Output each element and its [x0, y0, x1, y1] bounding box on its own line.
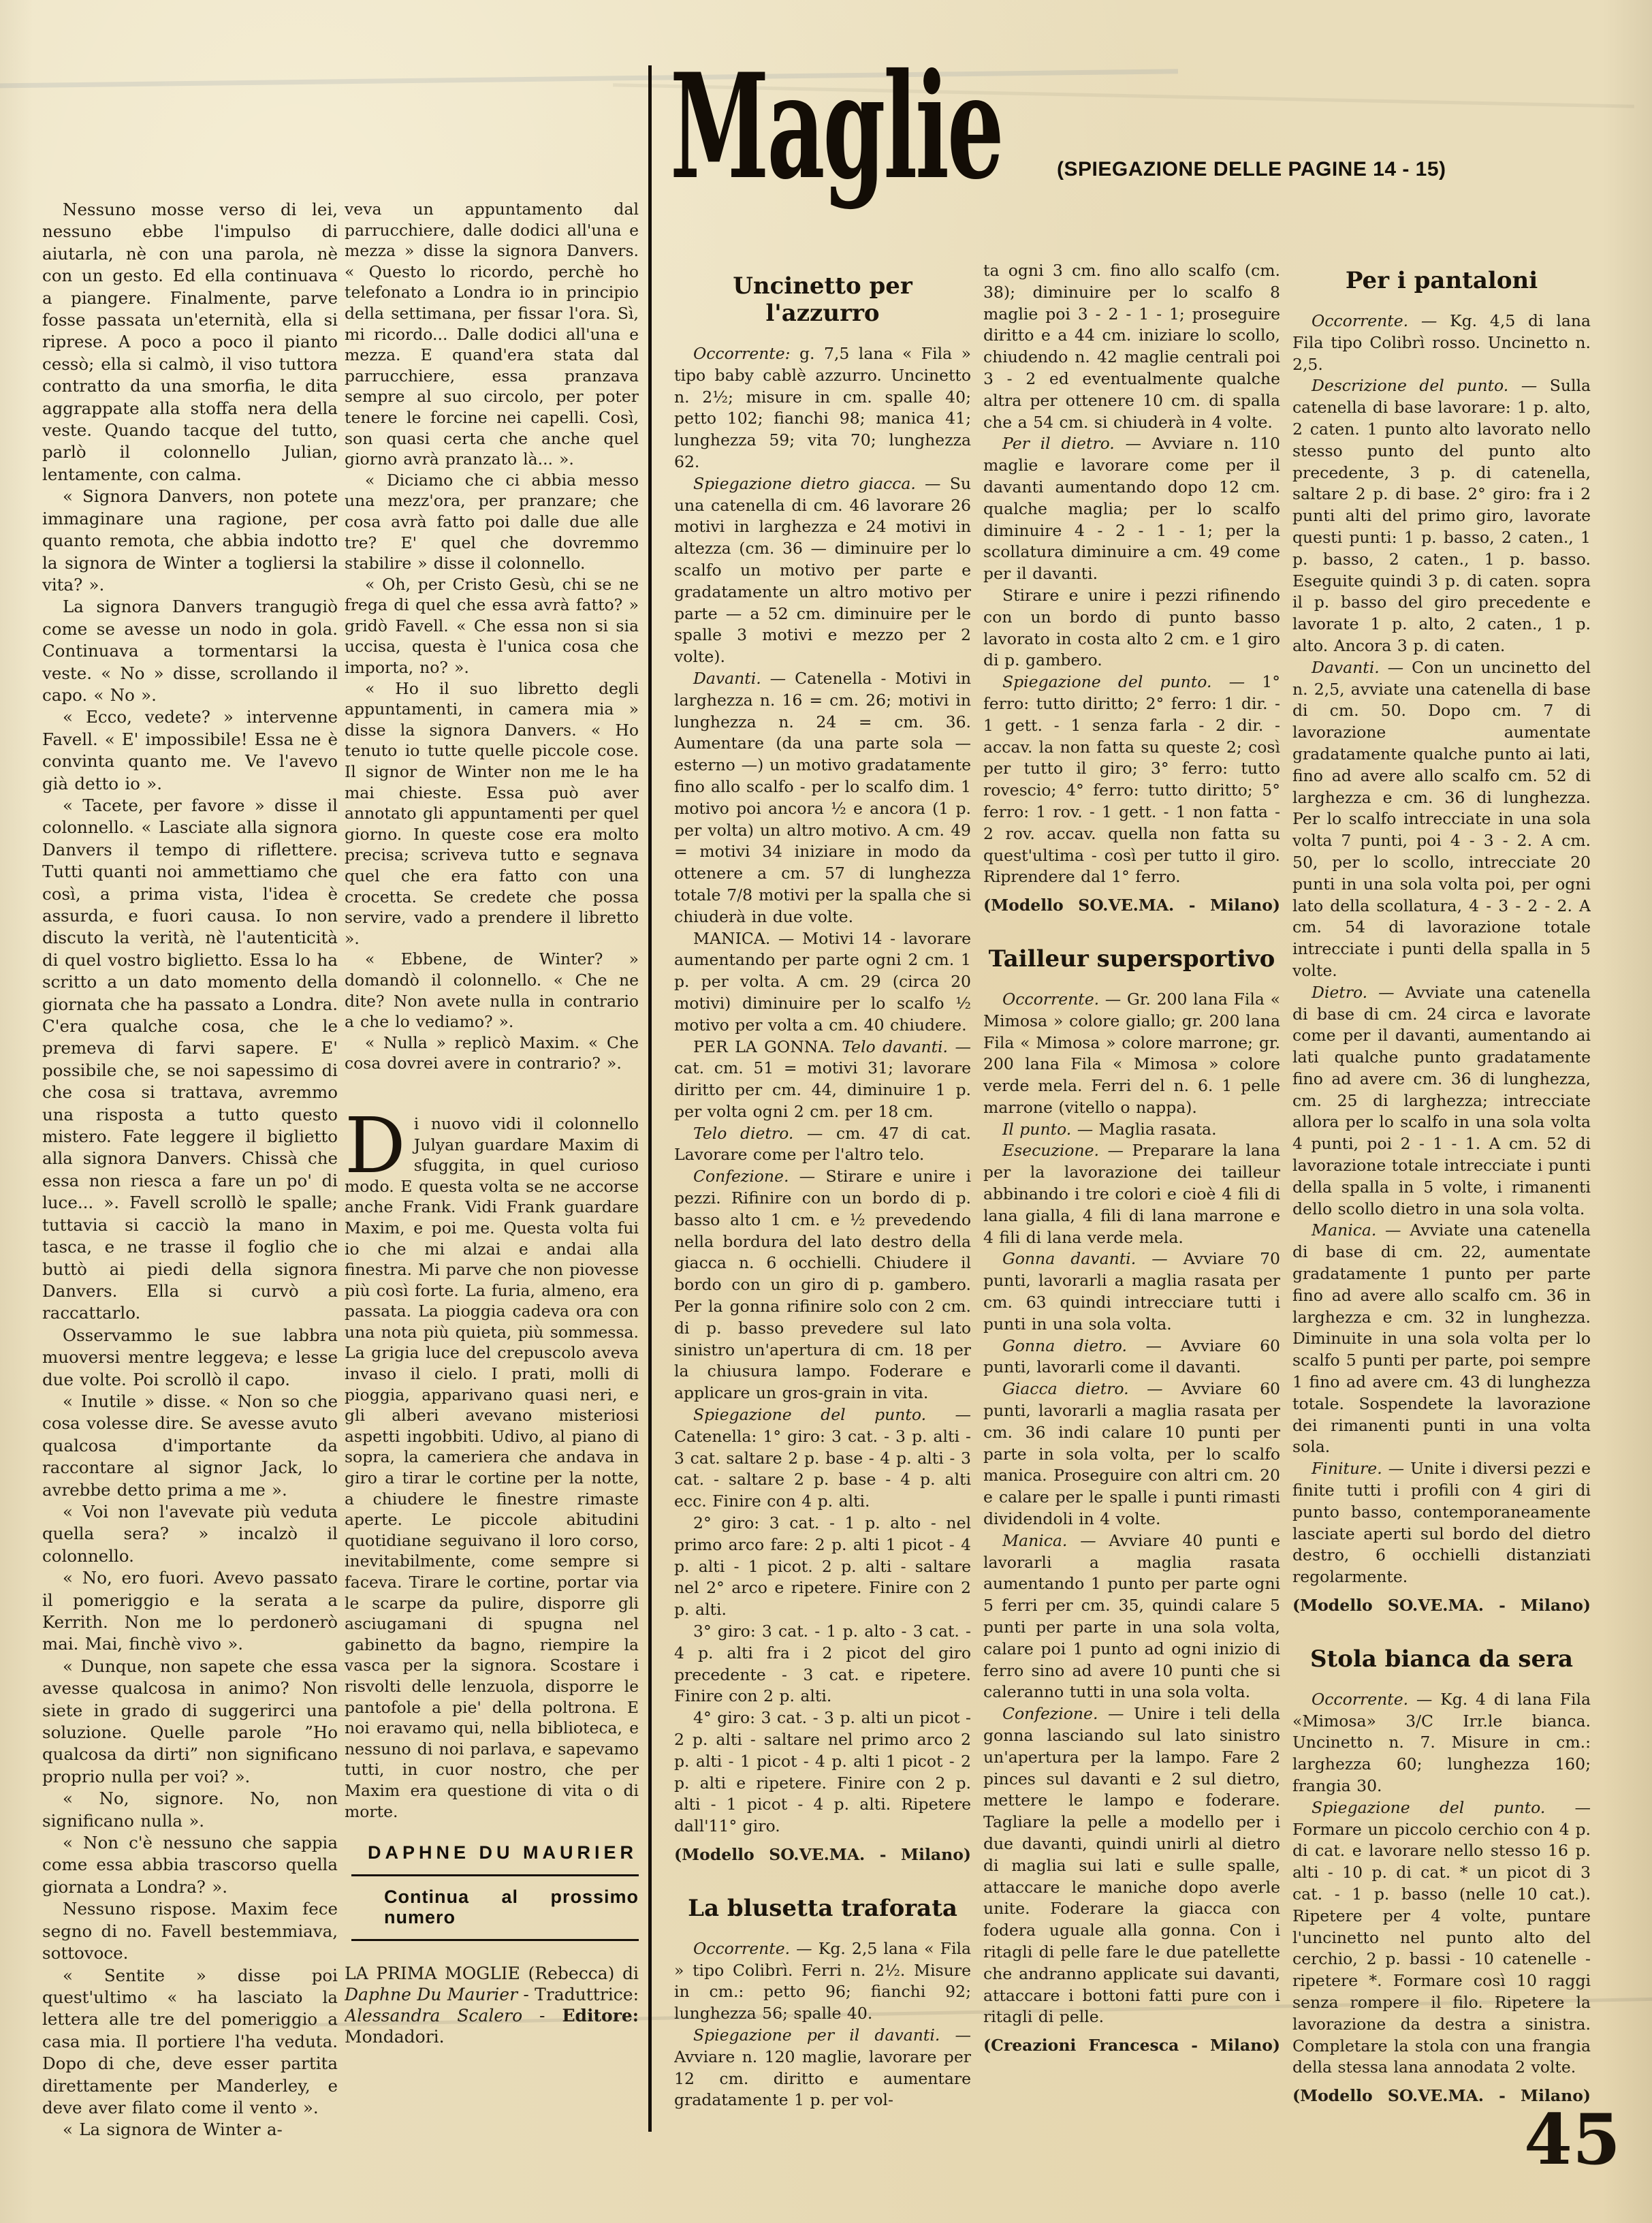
dropcap-text: i nuovo vidi il colonnello Julyan guarda… — [345, 1114, 639, 1821]
article-paragraph: Occorrente. — Kg. 2,5 lana « Fila » tipo… — [674, 1938, 971, 2025]
article-paragraph: 4° giro: 3 cat. - 3 p. alti un picot - 2… — [674, 1707, 971, 1838]
credit-line: (Modello SO.VE.MA. - Milano) — [674, 1844, 971, 1866]
footnote-segment: Alessandra Scalero — [345, 2006, 522, 2025]
article-paragraph: Spiegazione del punto. — Catenella: 1° g… — [674, 1404, 971, 1513]
article-paragraph: Occorrente. — Kg. 4 di lana Fila «Mimosa… — [1292, 1689, 1591, 1797]
column-divider-rule — [648, 65, 652, 2132]
page-number: 45 — [1524, 2099, 1621, 2181]
page-subtitle: (SPIEGAZIONE DELLE PAGINE 14 - 15) — [1057, 158, 1446, 181]
knitting-column-azzurro: Uncinetto per l'azzurroOccorrente: g. 7,… — [674, 272, 971, 2139]
article-paragraph: Finiture. — Unite i diversi pezzi e fini… — [1292, 1458, 1591, 1588]
paragraph-lead: Spiegazione per il davanti. — — [693, 2025, 971, 2045]
novel-paragraph: « Ecco, vedete? » intervenne Favell. « E… — [42, 706, 338, 795]
paragraph-lead: Davanti. — — [1312, 658, 1412, 677]
paragraph-lead: Esecuzione. — — [1002, 1141, 1132, 1160]
footnote-segment: Mondadori. — [345, 2027, 445, 2047]
footnote-segment: - — [522, 2006, 562, 2025]
novel-paragraph: « Voi non l'avevate più veduta quella se… — [42, 1501, 338, 1567]
article-paragraph: Spiegazione dietro giacca. — Su una cate… — [674, 473, 971, 668]
paragraph-sublead: Telo davanti. — — [842, 1037, 971, 1056]
book-credit-footnote: LA PRIMA MOGLIE (Rebecca) di Daphne Du M… — [345, 1963, 639, 2047]
novel-paragraph: « Dunque, non sapete che essa avesse qua… — [42, 1656, 338, 1788]
paragraph-lead: Occorrente: — [693, 344, 799, 363]
novel-paragraph: « La signora de Winter a- — [42, 2119, 338, 2140]
credit-line: (Modello SO.VE.MA. - Milano) — [1292, 1595, 1591, 1617]
footnote-segment: LA PRIMA MOGLIE (Rebecca) di — [345, 1964, 639, 1983]
paragraph-lead: Davanti. — — [693, 669, 795, 688]
article-paragraph: 3° giro: 3 cat. - 1 p. alto - 3 cat. - 4… — [674, 1621, 971, 1707]
paragraph-lead: Giacca dietro. — — [1002, 1379, 1181, 1398]
credit-line: (Modello SO.VE.MA. - Milano) — [983, 895, 1280, 917]
paragraph-lead: Occorrente. — — [1002, 990, 1127, 1009]
paragraph-lead: PER LA GONNA. — [693, 1037, 842, 1056]
paragraph-lead: MANICA. — — [693, 929, 802, 948]
paragraph-lead: Confezione. — — [1002, 1704, 1134, 1723]
magazine-page: Maglie (SPIEGAZIONE DELLE PAGINE 14 - 15… — [0, 0, 1652, 2223]
paragraph-lead: Finiture. — — [1312, 1459, 1410, 1478]
paragraph-lead: Spiegazione del punto. — — [693, 1405, 971, 1424]
article-paragraph: Occorrente: g. 7,5 lana « Fila » tipo ba… — [674, 343, 971, 473]
article-paragraph: Manica. — Avviate una catenella di base … — [1292, 1220, 1591, 1458]
article-paragraph: Confezione. — Stirare e unire i pezzi. R… — [674, 1166, 971, 1404]
article-paragraph: Giacca dietro. — Avviare 60 punti, lavor… — [983, 1378, 1280, 1530]
novel-paragraph: Osservammo le sue labbra muoversi mentre… — [42, 1325, 338, 1391]
footnote-segment: - Traduttrice: — [518, 1985, 639, 2004]
divider-rule — [351, 1939, 639, 1941]
article-paragraph: Davanti. — Con un uncinetto del n. 2,5, … — [1292, 657, 1591, 982]
paragraph-lead: Spiegazione del punto. — — [1312, 1798, 1591, 1817]
credit-line: (Creazioni Francesca - Milano) — [983, 2035, 1280, 2057]
article-paragraph: Telo dietro. — cm. 47 di cat. Lavorare c… — [674, 1123, 971, 1167]
section-heading: La blusetta traforata — [674, 1895, 971, 1922]
novel-column-2-paragraphs: veva un appuntamento dal parrucchiere, d… — [345, 199, 639, 1074]
novel-column-2: veva un appuntamento dal parrucchiere, d… — [345, 199, 639, 2155]
to-be-continued-label: Continua al prossimo numero — [384, 1887, 639, 1928]
article-paragraph: Stirare e unire i pezzi rifinendo con un… — [983, 585, 1280, 672]
article-paragraph: Confezione. — Unire i teli della gonna l… — [983, 1703, 1280, 2028]
novel-paragraph: veva un appuntamento dal parrucchiere, d… — [345, 199, 639, 470]
paragraph-lead: Occorrente. — — [1312, 1690, 1440, 1709]
novel-paragraph: « No, signore. No, non significano nulla… — [42, 1788, 338, 1832]
novel-paragraph: « Diciamo che ci abbia messo una mezz'or… — [345, 470, 639, 574]
article-paragraph: PER LA GONNA. Telo davanti. — cat. cm. 5… — [674, 1037, 971, 1123]
paragraph-lead: Dietro. — — [1312, 983, 1405, 1002]
article-paragraph: Gonna davanti. — Avviare 70 punti, lavor… — [983, 1248, 1280, 1335]
novel-paragraph: « Tacete, per favore » disse il colonnel… — [42, 795, 338, 1325]
article-paragraph: Per il dietro. — Avviare n. 110 maglie e… — [983, 433, 1280, 585]
paragraph-lead: Il punto. — — [1002, 1120, 1099, 1139]
dropcap-letter: D — [345, 1114, 414, 1175]
paragraph-lead: Confezione. — — [693, 1167, 825, 1186]
novel-paragraph: La signora Danvers trangugiò come se ave… — [42, 596, 338, 706]
paragraph-lead: Per il dietro. — — [1002, 434, 1152, 453]
article-paragraph: Spiegazione del punto. — 1° ferro: tutto… — [983, 672, 1280, 888]
novel-paragraph: « Sentite » disse poi quest'ultimo « ha … — [42, 1965, 338, 2119]
novel-paragraph: « Oh, per Cristo Gesù, chi se ne frega d… — [345, 574, 639, 678]
novel-paragraph: « Signora Danvers, non potete immaginare… — [42, 486, 338, 596]
novel-paragraph: « No, ero fuori. Avevo passato il pomeri… — [42, 1567, 338, 1656]
article-paragraph: Occorrente. — Kg. 4,5 di lana Fila tipo … — [1292, 311, 1591, 375]
novel-dropcap-paragraph: Di nuovo vidi il colonnello Julyan guard… — [345, 1114, 639, 1822]
novel-paragraph: « Ebbene, de Winter? » domandò il colonn… — [345, 949, 639, 1032]
paragraph-lead: Telo dietro. — — [693, 1124, 836, 1143]
article-paragraph: Descrizione del punto. — Sulla catenella… — [1292, 375, 1591, 657]
paragraph-lead: Occorrente. — — [1312, 311, 1450, 330]
knitting-column-pantaloni: Per i pantaloniOccorrente. — Kg. 4,5 di … — [1292, 267, 1591, 2147]
section-heading: Uncinetto per l'azzurro — [674, 272, 971, 327]
article-paragraph: Spiegazione del punto. — Formare un picc… — [1292, 1797, 1591, 2079]
paragraph-lead: Gonna davanti. — — [1002, 1249, 1184, 1268]
paragraph-lead: Spiegazione dietro giacca. — — [693, 474, 950, 493]
paragraph-lead: Spiegazione del punto. — — [1002, 672, 1262, 691]
article-paragraph: Davanti. — Catenella - Motivi in larghez… — [674, 668, 971, 928]
footnote-segment: Daphne Du Maurier — [345, 1985, 518, 2004]
article-paragraph: Dietro. — Avviate una catenella di base … — [1292, 982, 1591, 1220]
article-paragraph: Gonna dietro. — Avviare 60 punti, lavora… — [983, 1336, 1280, 1379]
article-paragraph: MANICA. — Motivi 14 - lavorare aumentand… — [674, 928, 971, 1037]
section-heading: Stola bianca da sera — [1292, 1645, 1591, 1673]
novel-paragraph: « Ho il suo libretto degli appuntamenti,… — [345, 678, 639, 949]
paragraph-lead: Manica. — — [1002, 1531, 1109, 1550]
novel-paragraph: « Nulla » replicò Maxim. « Che cosa dovr… — [345, 1032, 639, 1074]
author-byline: DAPHNE DU MAURIER — [345, 1842, 639, 1863]
article-paragraph: Occorrente. — Gr. 200 lana Fila « Mimosa… — [983, 989, 1280, 1119]
novel-column-1: Nessuno mosse verso di lei, nessuno ebbe… — [42, 199, 338, 2140]
footnote-segment: Editore: — [562, 2006, 639, 2025]
article-paragraph: 2° giro: 3 cat. - 1 p. alto - nel primo … — [674, 1513, 971, 1621]
page-title: Maglie — [670, 45, 1002, 208]
article-paragraph: ta ogni 3 cm. fino allo scalfo (cm. 38);… — [983, 260, 1280, 433]
section-heading: Per i pantaloni — [1292, 267, 1591, 294]
novel-paragraph: Nessuno mosse verso di lei, nessuno ebbe… — [42, 199, 338, 486]
novel-paragraph: Nessuno rispose. Maxim fece segno di no.… — [42, 1898, 338, 1964]
novel-paragraph: « Non c'è nessuno che sappia come essa a… — [42, 1832, 338, 1898]
paragraph-lead: Manica. — — [1312, 1220, 1410, 1240]
article-paragraph: Manica. — Avviare 40 punti e lavorarli a… — [983, 1530, 1280, 1703]
article-paragraph: Spiegazione per il davanti. — Avviare n.… — [674, 2025, 971, 2111]
paragraph-lead: Descrizione del punto. — — [1312, 376, 1550, 395]
article-paragraph: Il punto. — Maglia rasata. — [983, 1119, 1280, 1141]
novel-paragraph: « Inutile » disse. « Non so che cosa vol… — [42, 1391, 338, 1501]
paragraph-lead: Occorrente. — — [693, 1939, 819, 1958]
section-heading: Tailleur supersportivo — [983, 945, 1280, 973]
divider-rule — [351, 1874, 639, 1876]
knitting-column-tailleur: ta ogni 3 cm. fino allo scalfo (cm. 38);… — [983, 260, 1280, 2167]
paragraph-lead: Gonna dietro. — — [1002, 1336, 1180, 1355]
article-paragraph: Esecuzione. — Preparare la lana per la l… — [983, 1140, 1280, 1248]
